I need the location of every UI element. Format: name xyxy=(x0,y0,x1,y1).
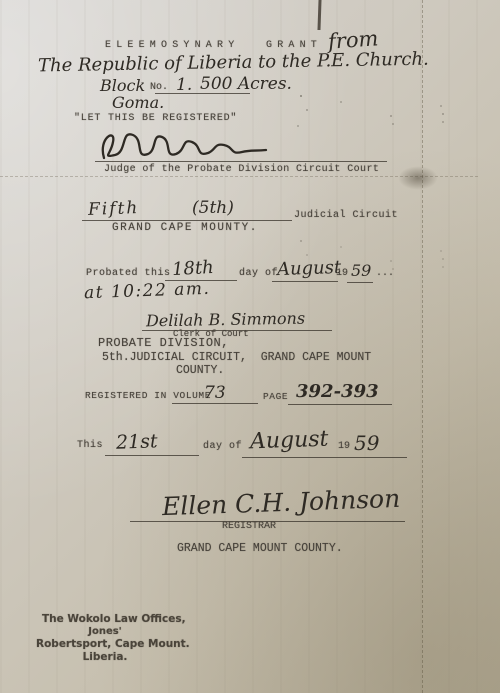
handwritten-place: Goma. xyxy=(112,93,164,112)
registrar-caption: REGISTRAR xyxy=(222,521,276,532)
handwritten-probate-day: 18th xyxy=(171,257,214,280)
paper-speckles xyxy=(300,95,302,97)
document-title-word1: ELEEMOSYNARY xyxy=(105,40,239,51)
probate-dots: ... xyxy=(376,268,394,279)
county-line: COUNTY. xyxy=(176,364,224,377)
probated-mid: day of xyxy=(239,268,278,279)
judge-caption: Judge of the Probate Division Circuit Co… xyxy=(104,164,379,175)
handwritten-dated-day: 21st xyxy=(116,430,158,453)
stamp-line4: Liberia. xyxy=(42,651,168,663)
register-order-line: "LET THIS BE REGISTERED" xyxy=(74,113,237,124)
stamp-line1: The Wokolo Law Offices, xyxy=(42,613,186,625)
handwritten-acreage: 500 Acres. xyxy=(200,74,292,94)
paper-speckles xyxy=(300,240,302,242)
page-label: PAGE xyxy=(263,391,288,402)
registrar-signature: Ellen C.H. Johnson xyxy=(162,484,401,521)
document-title-word2: GRANT xyxy=(266,40,322,51)
top-edge-ink-mark xyxy=(317,0,321,30)
registered-prefix: REGISTERED IN VOLUME xyxy=(85,390,211,401)
underline-acreage xyxy=(155,93,250,94)
clerk-signature: Delilah B. Simmons xyxy=(146,309,305,331)
pages-line xyxy=(288,404,392,405)
handwritten-pages: 392-393 xyxy=(296,381,379,402)
judge-signature-line xyxy=(95,161,387,162)
scanned-document-page: ELEEMOSYNARY GRANT from The Republic of … xyxy=(0,0,500,693)
stamp-line2: Jones' xyxy=(42,626,168,637)
judicial-circuit-line: 5th.JUDICIAL CIRCUIT, GRAND CAPE MOUNT xyxy=(102,351,371,364)
dated-mid: day of xyxy=(203,441,242,452)
dated-month-line xyxy=(242,457,407,458)
handwritten-circuit-word: Fifth xyxy=(88,198,140,220)
stamp-line3: Robertsport, Cape Mount. xyxy=(36,638,190,650)
handwritten-volume: 73 xyxy=(204,383,226,403)
volume-line xyxy=(172,403,258,404)
handwritten-circuit-ordinal: (5th) xyxy=(192,198,234,218)
circuit-county: GRAND CAPE MOUNTY. xyxy=(112,222,258,234)
probated-prefix: Probated this xyxy=(86,268,171,279)
handwritten-dated-month: August xyxy=(250,427,329,455)
dated-century: 19 xyxy=(338,441,350,452)
handwritten-probate-month: August xyxy=(277,257,342,280)
probate-century: 19 xyxy=(336,268,348,279)
probate-month-line xyxy=(272,281,338,282)
dated-day-line xyxy=(105,455,199,456)
handwritten-grantor-line: The Republic of Liberia to the P.E. Chur… xyxy=(38,49,429,77)
typed-no-label: No. xyxy=(150,82,168,93)
handwritten-block-number: 1. xyxy=(176,75,192,95)
probate-year-line xyxy=(347,282,373,283)
circuit-typed-label: Judicial Circuit xyxy=(294,210,398,221)
probate-division-line: PROBATE DIVISION, xyxy=(98,336,229,350)
judge-signature-scribble xyxy=(96,126,281,166)
handwritten-probate-year: 59 xyxy=(351,261,371,280)
handwritten-dated-year: 59 xyxy=(354,431,379,455)
vertical-fold-line xyxy=(422,0,423,693)
registrar-county: GRAND CAPE MOUNT COUNTY. xyxy=(177,542,343,555)
circuit-fill-line xyxy=(82,220,292,221)
ink-smudge xyxy=(398,166,438,190)
handwritten-probate-time: at 10:22 am. xyxy=(84,279,211,303)
dated-prefix: This xyxy=(77,440,103,451)
